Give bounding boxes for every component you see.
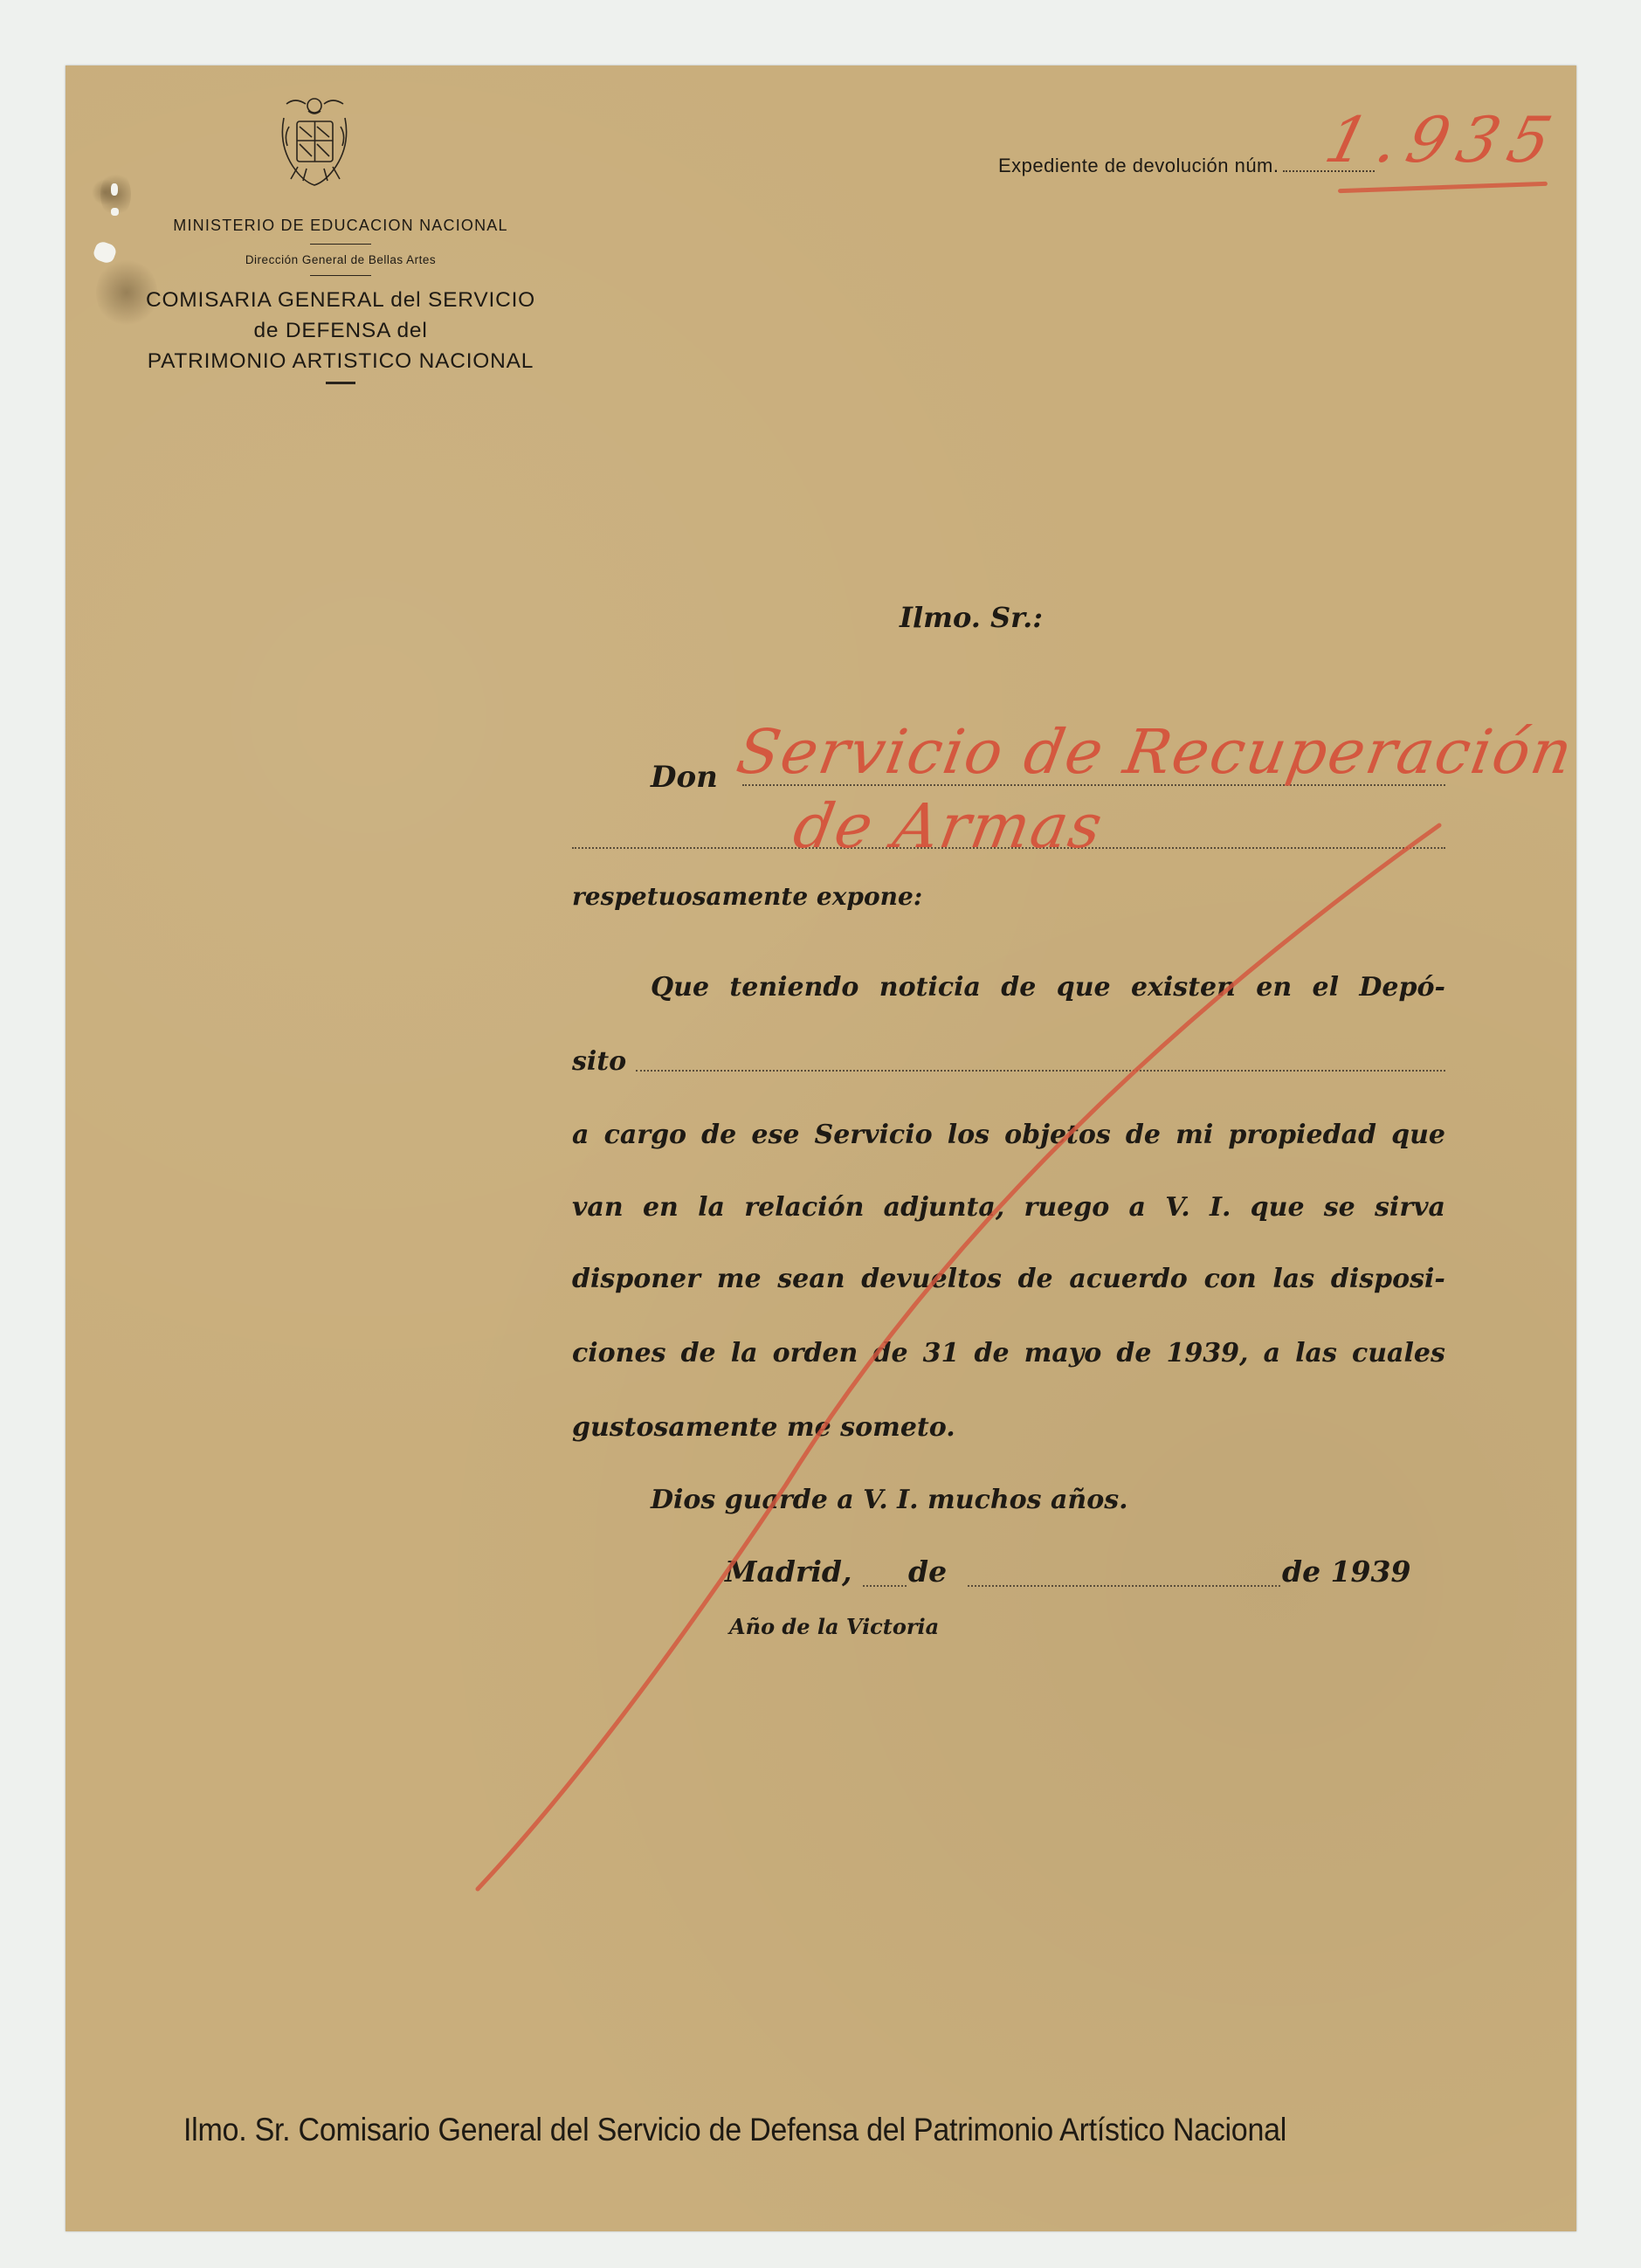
body-line-3: a cargo de ese Servicio los objetos de m… [572,1120,1445,1150]
body-line-7: gustosamente me someto. [572,1412,955,1443]
coat-of-arms-icon [273,92,356,188]
deposit-field-line [636,1070,1445,1072]
staple-hole [111,183,118,196]
petitioner-handwritten-line-2: de Armas [789,790,1109,862]
body-intro: respetuosamente expone: [572,882,922,911]
closing-formula: Dios guarde a V. I. muchos años. [651,1485,1128,1515]
ministry-name: MINISTERIO DE EDUCACION NACIONAL [118,217,563,235]
comisaria-line-1: COMISARIA GENERAL del SERVICIO [118,285,563,315]
date-subtitle: Año de la Victoria [729,1614,939,1639]
date-month-field [968,1585,1280,1587]
body-line-4: van en la relación adjunta, ruego a V. I… [572,1192,1445,1223]
body-line-1: Que teniendo noticia de que existen en e… [651,972,1445,1003]
body-line-2: sito [572,1046,626,1077]
direction-name: Dirección General de Bellas Artes [118,253,563,266]
staple-hole [111,208,119,216]
letterhead: MINISTERIO DE EDUCACION NACIONAL Direcci… [118,217,563,384]
footer-addressee: Ilmo. Sr. Comisario General del Servicio… [183,2112,1286,2148]
expediente-label: Expediente de devolución núm. [998,155,1375,177]
body-line-6: ciones de la orden de 31 de mayo de 1939… [572,1338,1445,1368]
divider [310,275,371,276]
salutation: Ilmo. Sr.: [900,601,1043,634]
comisaria-line-2: de DEFENSA del [118,315,563,346]
divider [326,382,355,384]
divider [310,244,371,245]
petitioner-handwritten-line-1: Servicio de Recuperación [732,716,1579,788]
date-year: de 1939 [1282,1555,1410,1589]
expediente-number: 1.935 [1319,103,1569,176]
comisaria-line-3: PATRIMONIO ARTISTICO NACIONAL [118,346,563,376]
petitioner-label: Don [651,760,718,795]
date-day-field [863,1585,907,1587]
date-city: Madrid, [725,1555,852,1589]
date-de: de [908,1555,947,1589]
body-line-5: disponer me sean devueltos de acuerdo co… [572,1264,1445,1294]
